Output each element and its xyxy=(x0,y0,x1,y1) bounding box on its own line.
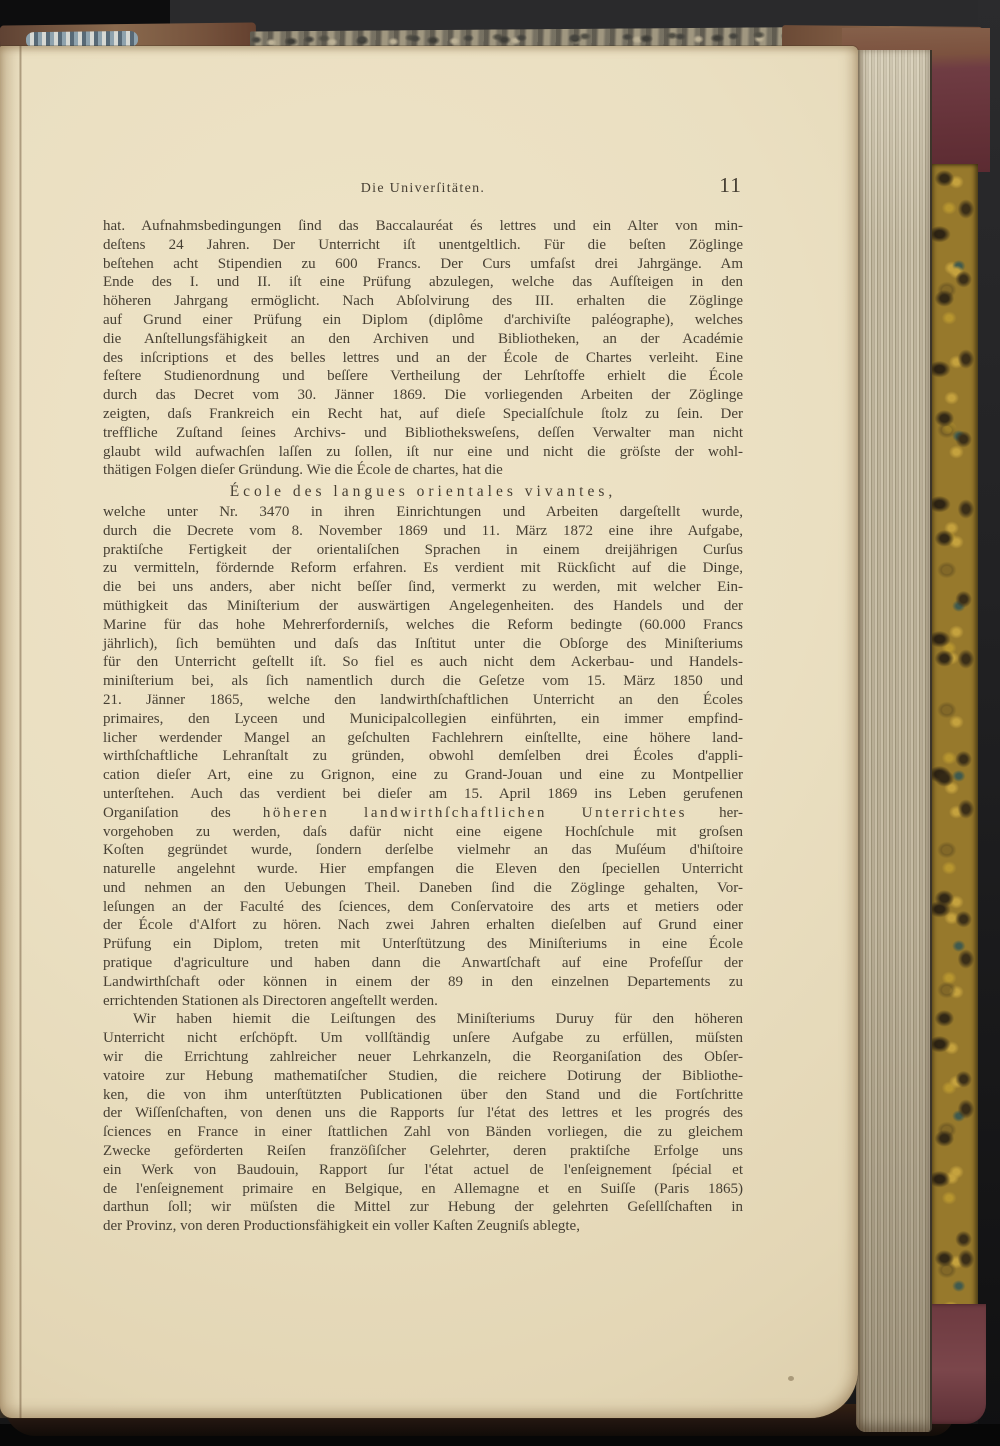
text-line: auf Grund einer Prüfung ein Diplom (dipl… xyxy=(103,311,743,330)
text-line: vatoire zur Hebung mathematiſcher Studie… xyxy=(103,1067,743,1086)
text-line: müthigkeit das Miniſterium der auswärtig… xyxy=(103,597,743,616)
text-line: feſtere Studienordnung und beſſere Verth… xyxy=(103,367,743,386)
text-line: die bei uns anders, aber nicht beſſer ſi… xyxy=(103,578,743,597)
book-photo: Die Univerſitäten. 11 hat. Aufnahmsbedin… xyxy=(0,0,1000,1446)
text-line: de l'enſeignement primaire en Belgique, … xyxy=(103,1180,743,1199)
marbled-cover-edge xyxy=(930,164,978,1310)
text-line: treffliche Zuſtand ſeines Archivs- und B… xyxy=(103,424,743,443)
page-content: Die Univerſitäten. 11 hat. Aufnahmsbedin… xyxy=(103,178,743,1236)
text-line: zu vermitteln, fördernde Reform erfahren… xyxy=(103,559,743,578)
text-line: für den Unterricht geſtellt iſt. So fiel… xyxy=(103,653,743,672)
text-line: 21. Jänner 1865, welche den landwirthſch… xyxy=(103,691,743,710)
background-right xyxy=(978,0,1000,1446)
text-line: Landwirthſchaft oder können in einem der… xyxy=(103,973,743,992)
text-line: unterſtehen. Auch das verdient bei dieſe… xyxy=(103,785,743,804)
book-page: Die Univerſitäten. 11 hat. Aufnahmsbedin… xyxy=(0,46,858,1418)
paragraph: hat. Aufnahmsbedingungen ſind das Baccal… xyxy=(103,217,743,480)
text-line: wir die Errichtung zahlreicher neuer Leh… xyxy=(103,1048,743,1067)
text-line: glaubt wild aufwachſen laſſen zu ſollen,… xyxy=(103,443,743,462)
text-line: Wir haben hiemit die Leiſtungen des Mini… xyxy=(103,1010,743,1029)
text-line: miniſterium bei, als ſich namentlich dur… xyxy=(103,672,743,691)
paragraph: Wir haben hiemit die Leiſtungen des Mini… xyxy=(103,1010,743,1236)
text-line: naturelle angelehnt wurde. Hier empfange… xyxy=(103,860,743,879)
text-line: die Anſtellungsfähigkeit an den Archiven… xyxy=(103,330,743,349)
section-heading: École des langues orientales vivantes, xyxy=(103,483,743,502)
page-number: 11 xyxy=(719,173,742,198)
text-line: der Wiſſenſchaften, von denen uns die Ra… xyxy=(103,1104,743,1123)
fore-edge-page-stack xyxy=(856,50,932,1432)
text-block: hat. Aufnahmsbedingungen ſind das Baccal… xyxy=(103,217,743,1236)
text-line: Koſten gegründet wurde, ſondern derſelbe… xyxy=(103,841,743,860)
text-line: durch das Decret vom 30. Jänner 1869. Di… xyxy=(103,386,743,405)
text-line: praktiſche Fertigkeit der orientaliſchen… xyxy=(103,541,743,560)
paper-speck xyxy=(788,1376,794,1381)
text-line: primaires, den Lyceen und Municipalcolle… xyxy=(103,710,743,729)
text-line: vorgehoben zu werden, daſs dafür nicht e… xyxy=(103,823,743,842)
text-line: Zwecke geförderten Reiſen franzöſiſcher … xyxy=(103,1142,743,1161)
text-line: ein Werk von Baudouin, Rapport ſur l'éta… xyxy=(103,1161,743,1180)
paragraph: welche unter Nr. 3470 in ihren Einrichtu… xyxy=(103,503,743,1011)
text-line: thätigen Folgen dieſer Gründung. Wie die… xyxy=(103,461,743,480)
text-line: und nehmen an den Uebungen Theil. Danebe… xyxy=(103,879,743,898)
text-line: ſciences en France in einer ſtattlichen … xyxy=(103,1123,743,1142)
text-line: durch die Decrete vom 8. November 1869 u… xyxy=(103,522,743,541)
text-line: pratique d'agriculture und haben dann di… xyxy=(103,954,743,973)
text-line: Organiſation des höheren landwirthſchaft… xyxy=(103,804,743,823)
text-line: der Provinz, von deren Productionsfähigk… xyxy=(103,1217,743,1236)
text-line: errichtenden Stationen als Directoren an… xyxy=(103,992,743,1011)
page-header: Die Univerſitäten. 11 xyxy=(103,178,743,202)
text-line: darthun ſoll; wir müſsten die Mittel zur… xyxy=(103,1198,743,1217)
text-line: jährlich), ſich bemühten und daſs das In… xyxy=(103,635,743,654)
text-line: Ende des I. und II. iſt eine Prüfung abz… xyxy=(103,273,743,292)
text-line: deſtens 24 Jahren. Der Unterricht iſt un… xyxy=(103,236,743,255)
text-line: höheren Jahrgang ermöglicht. Nach Abſolv… xyxy=(103,292,743,311)
text-line: der École d'Alfort zu hören. Nach zwei J… xyxy=(103,916,743,935)
text-line: beſtehen acht Stipendien zu 600 Francs. … xyxy=(103,255,743,274)
text-line: Marine für das hohe Mehrerforderniſs, we… xyxy=(103,616,743,635)
text-line: cation dieſer Art, eine zu Grignon, eine… xyxy=(103,766,743,785)
gutter-crease xyxy=(19,46,22,1418)
leather-corner-bottom-right xyxy=(924,1304,986,1424)
text-line: leſungen an der Faculté des ſciences, de… xyxy=(103,898,743,917)
text-line: wirthſchaftliche Lehranſtalt zu gründen,… xyxy=(103,747,743,766)
text-line: zeigten, daſs Frankreich ein Recht hat, … xyxy=(103,405,743,424)
text-line: licher werdender Mangel an geſchulten Fa… xyxy=(103,729,743,748)
text-line: Prüfung ein Diplom, treten mit Unterſtüt… xyxy=(103,935,743,954)
text-line: ken, die von ihm unterſtützten Publicati… xyxy=(103,1086,743,1105)
text-line: hat. Aufnahmsbedingungen ſind das Baccal… xyxy=(103,217,743,236)
text-line: Unterricht nicht erſchöpft. Um vollſtänd… xyxy=(103,1029,743,1048)
text-line: welche unter Nr. 3470 in ihren Einrichtu… xyxy=(103,503,743,522)
text-line: École des langues orientales vivantes, xyxy=(103,483,743,502)
text-line: des inſcriptions et des belles lettres u… xyxy=(103,349,743,368)
running-header-title: Die Univerſitäten. xyxy=(103,178,743,197)
